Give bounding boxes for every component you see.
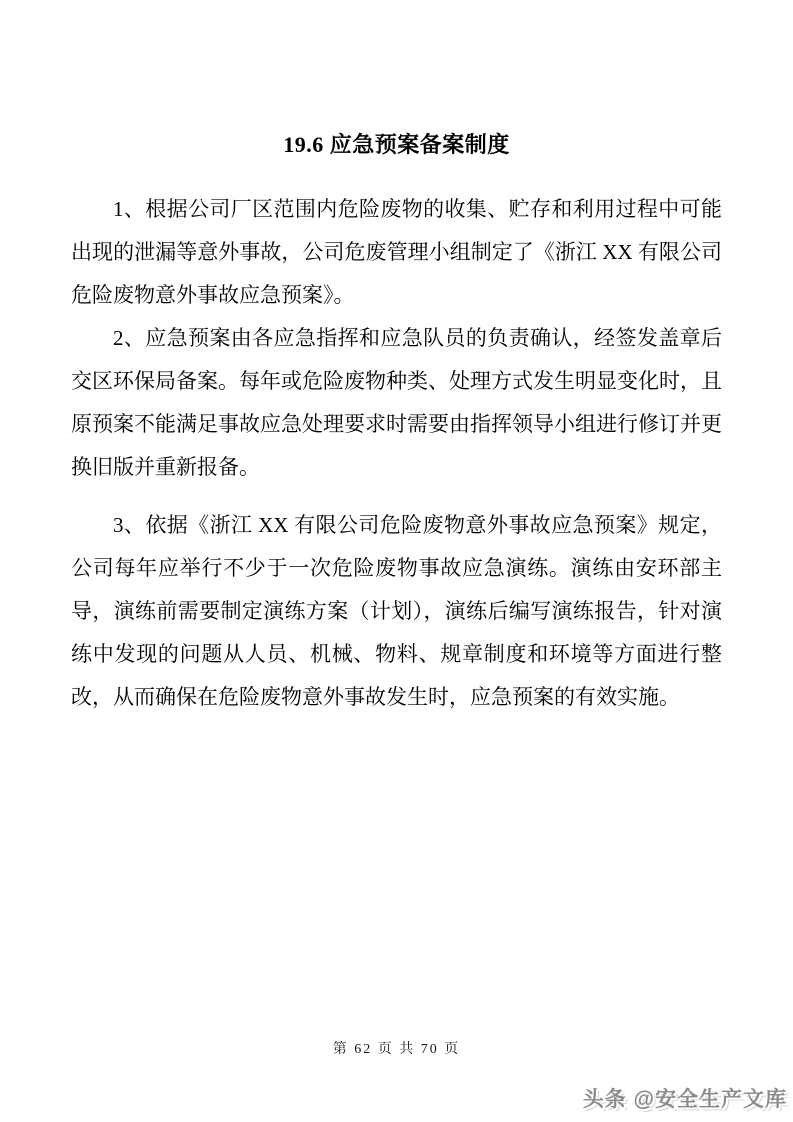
section-title: 19.6 应急预案备案制度 [0,128,793,159]
paragraph-2: 2、应急预案由各应急指挥和应急队员的负责确认，经签发盖章后交区环保局备案。每年或… [71,317,722,489]
watermark: 头条 @安全生产文库 [583,1083,787,1113]
page-number: 第 62 页 共 70 页 [0,1038,793,1058]
paragraph-3: 3、依据《浙江 XX 有限公司危险废物意外事故应急预案》规定，公司每年应举行不少… [71,504,722,719]
document-body: 1、根据公司厂区范围内危险废物的收集、贮存和利用过程中可能出现的泄漏等意外事故，… [71,188,722,719]
document-page: 19.6 应急预案备案制度 1、根据公司厂区范围内危险废物的收集、贮存和利用过程… [0,0,793,1122]
paragraph-1: 1、根据公司厂区范围内危险废物的收集、贮存和利用过程中可能出现的泄漏等意外事故，… [71,188,722,317]
